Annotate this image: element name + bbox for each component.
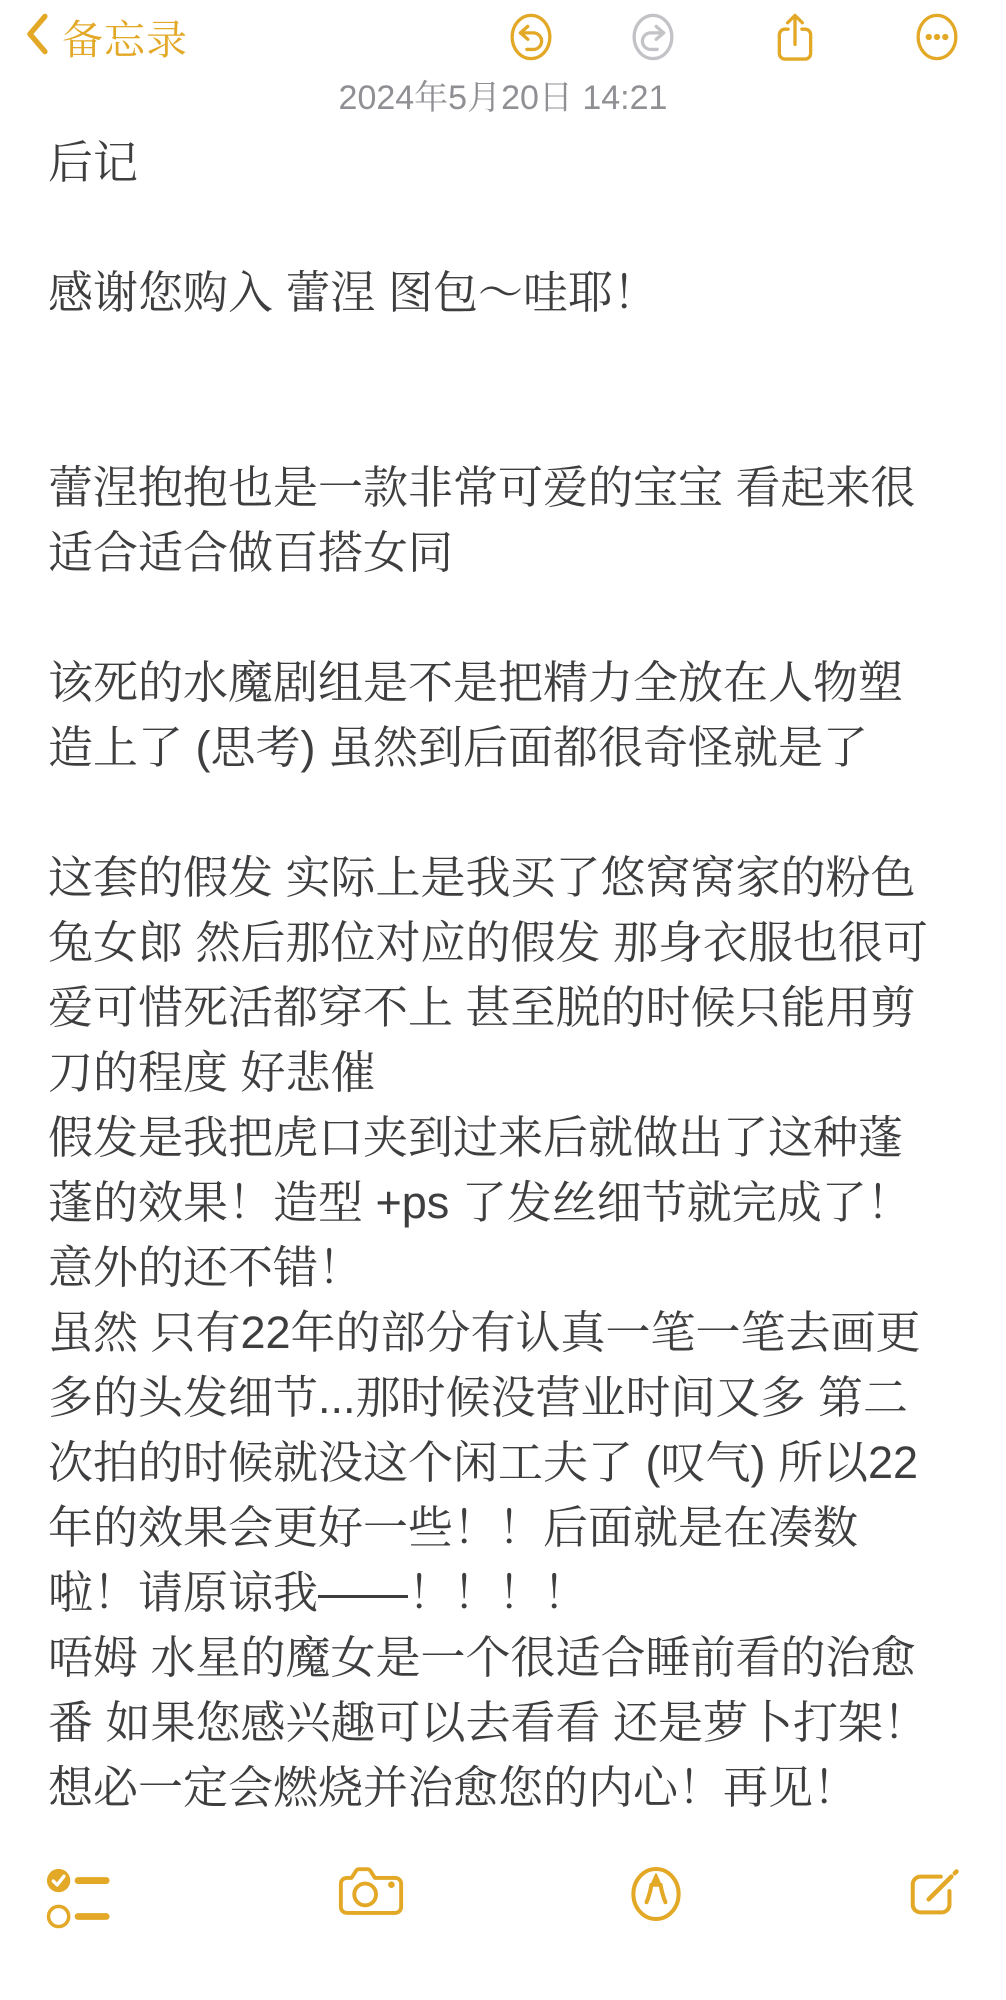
navigation-bar: 备忘录 — [0, 0, 1006, 72]
undo-icon[interactable] — [508, 10, 554, 69]
note-paragraph: 唔姆 水星的魔女是一个很适合睡前看的治愈番 如果您感兴趣可以去看看 还是萝卜打架… — [48, 1625, 938, 1820]
redo-icon[interactable] — [630, 10, 676, 69]
compose-icon[interactable] — [906, 1866, 962, 1927]
note-paragraph: 感谢您购入 蕾涅 图包～哇耶！ — [48, 260, 938, 325]
ellipsis-circle-icon[interactable] — [914, 10, 960, 69]
blank-line — [48, 390, 938, 455]
back-button-label: 备忘录 — [62, 7, 188, 66]
note-paragraph: 后记 — [48, 130, 938, 195]
blank-line — [48, 325, 938, 390]
note-paragraph: 该死的水魔剧组是不是把精力全放在人物塑造上了 (思考) 虽然到后面都很奇怪就是了 — [48, 650, 938, 780]
pen-markup-icon[interactable] — [630, 1866, 682, 1927]
blank-line — [48, 585, 938, 650]
blank-line — [48, 195, 938, 260]
note-body[interactable]: 后记感谢您购入 蕾涅 图包～哇耶！蕾涅抱抱也是一款非常可爱的宝宝 看起来很适合适… — [0, 130, 1006, 1820]
chevron-left-icon — [22, 9, 52, 64]
note-paragraph: 虽然 只有22年的部分有认真一笔一笔去画更多的头发细节...那时候没营业时间又多… — [48, 1300, 938, 1625]
share-icon[interactable] — [772, 9, 818, 70]
blank-line — [48, 780, 938, 845]
note-paragraph: 假发是我把虎口夹到过来后就做出了这种蓬蓬的效果！造型 +ps 了发丝细节就完成了… — [48, 1105, 938, 1300]
nav-actions — [508, 9, 960, 70]
note-timestamp: 2024年5月20日 14:21 — [0, 76, 1006, 120]
note-paragraph: 这套的假发 实际上是我买了悠窝窝家的粉色兔女郎 然后那位对应的假发 那身衣服也很… — [48, 845, 938, 1105]
note-paragraph: 蕾涅抱抱也是一款非常可爱的宝宝 看起来很适合适合做百搭女同 — [48, 455, 938, 585]
camera-icon[interactable] — [336, 1866, 406, 1922]
bottom-toolbar — [0, 1852, 1006, 2000]
back-button[interactable]: 备忘录 — [22, 7, 188, 66]
checklist-icon[interactable] — [46, 1866, 112, 1937]
